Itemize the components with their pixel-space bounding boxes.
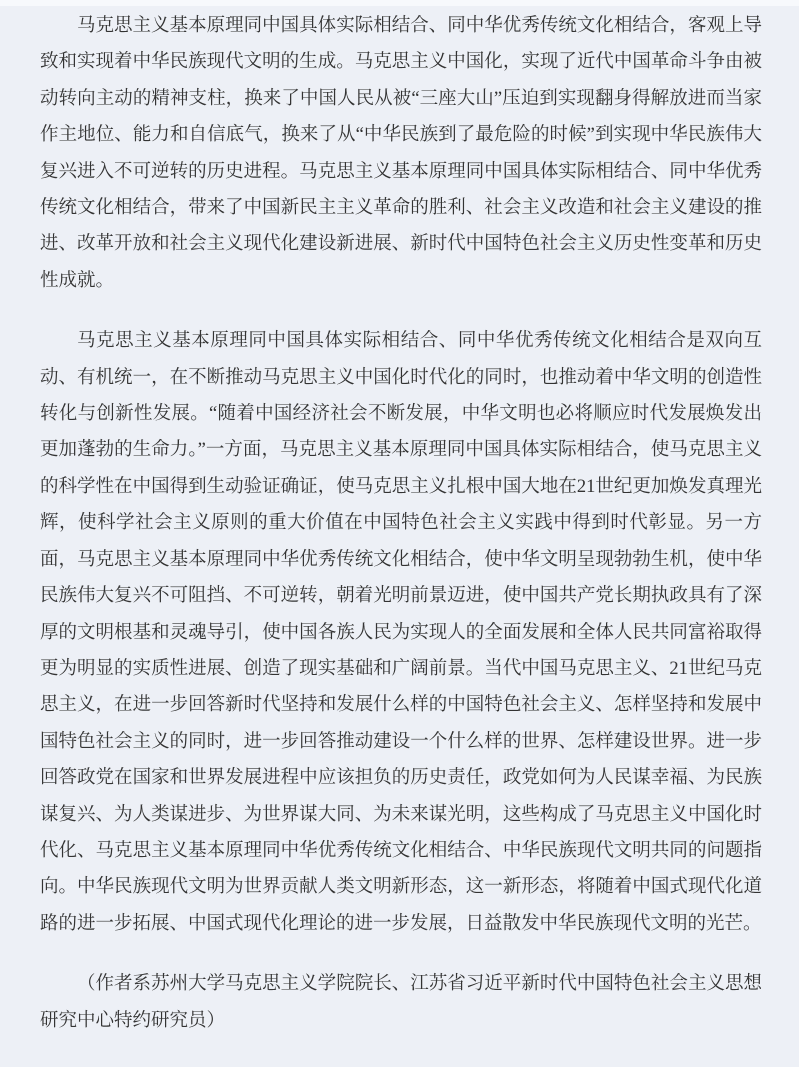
body-paragraph-2: 马克思主义基本原理同中国具体实际相结合、同中华优秀传统文化相结合是双向互动、有机… bbox=[40, 323, 762, 942]
document-page: 马克思主义基本原理同中国具体实际相结合、同中华优秀传统文化相结合，客观上导致和实… bbox=[0, 0, 799, 1067]
page-top-edge bbox=[0, 0, 799, 6]
body-paragraph-1: 马克思主义基本原理同中国具体实际相结合、同中华优秀传统文化相结合，客观上导致和实… bbox=[40, 8, 762, 299]
article-body: 马克思主义基本原理同中国具体实际相结合、同中华优秀传统文化相结合，客观上导致和实… bbox=[40, 8, 762, 1063]
author-note: （作者系苏州大学马克思主义学院院长、江苏省习近平新时代中国特色社会主义思想研究中… bbox=[40, 966, 762, 1039]
